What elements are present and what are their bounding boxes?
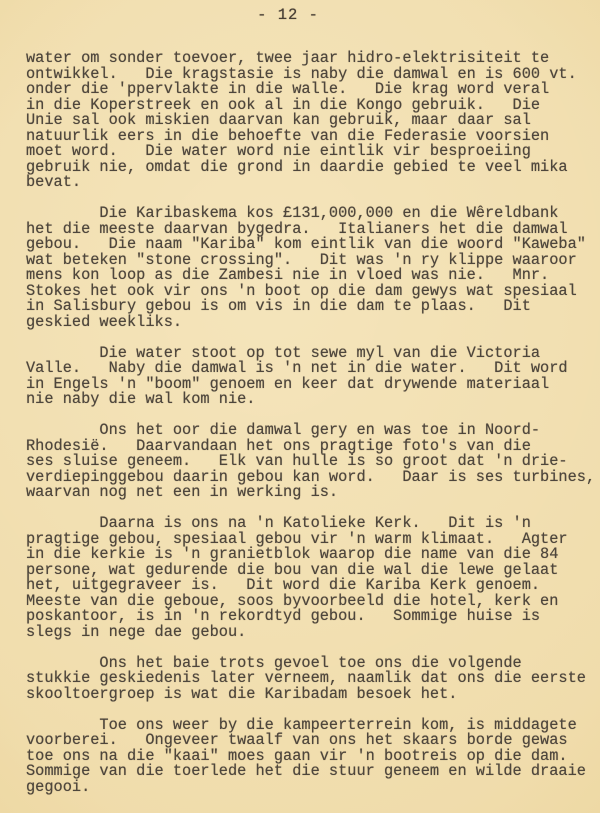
text-line: geskied weekliks. xyxy=(26,315,598,331)
page-number: - 12 - xyxy=(0,6,576,24)
text-line: gegooi. xyxy=(26,780,598,796)
text-line: nie naby die wal kom nie. xyxy=(26,392,598,408)
text-line: Sommige van die toerlede het die stuur g… xyxy=(26,764,598,780)
text-line: skooltoergroep is wat die Karibadam beso… xyxy=(26,687,598,703)
text-line: bevat. xyxy=(26,175,598,191)
text-line: gebruik nie, omdat die grond in daardie … xyxy=(26,160,598,176)
text-line: waarvan nog net een in werking is. xyxy=(26,485,598,501)
paragraph: water om sonder toevoer, twee jaar hidro… xyxy=(26,51,598,191)
paragraph: Ons het baie trots gevoel toe ons die vo… xyxy=(26,656,598,703)
paragraph: Ons het oor die damwal gery en was toe i… xyxy=(26,423,598,501)
paragraph: Die Karibaskema kos £131,000,000 en die … xyxy=(26,206,598,330)
paragraph: Die water stoot op tot sewe myl van die … xyxy=(26,346,598,408)
paragraph: Toe ons weer by die kampeerterrein kom, … xyxy=(26,718,598,796)
document-page: - 12 - water om sonder toevoer, twee jaa… xyxy=(0,0,600,813)
text-line: slegs in nege dae gebou. xyxy=(26,625,598,641)
typewritten-text-block: water om sonder toevoer, twee jaar hidro… xyxy=(26,51,598,795)
paragraph: Daarna is ons na 'n Katolieke Kerk. Dit … xyxy=(26,516,598,640)
